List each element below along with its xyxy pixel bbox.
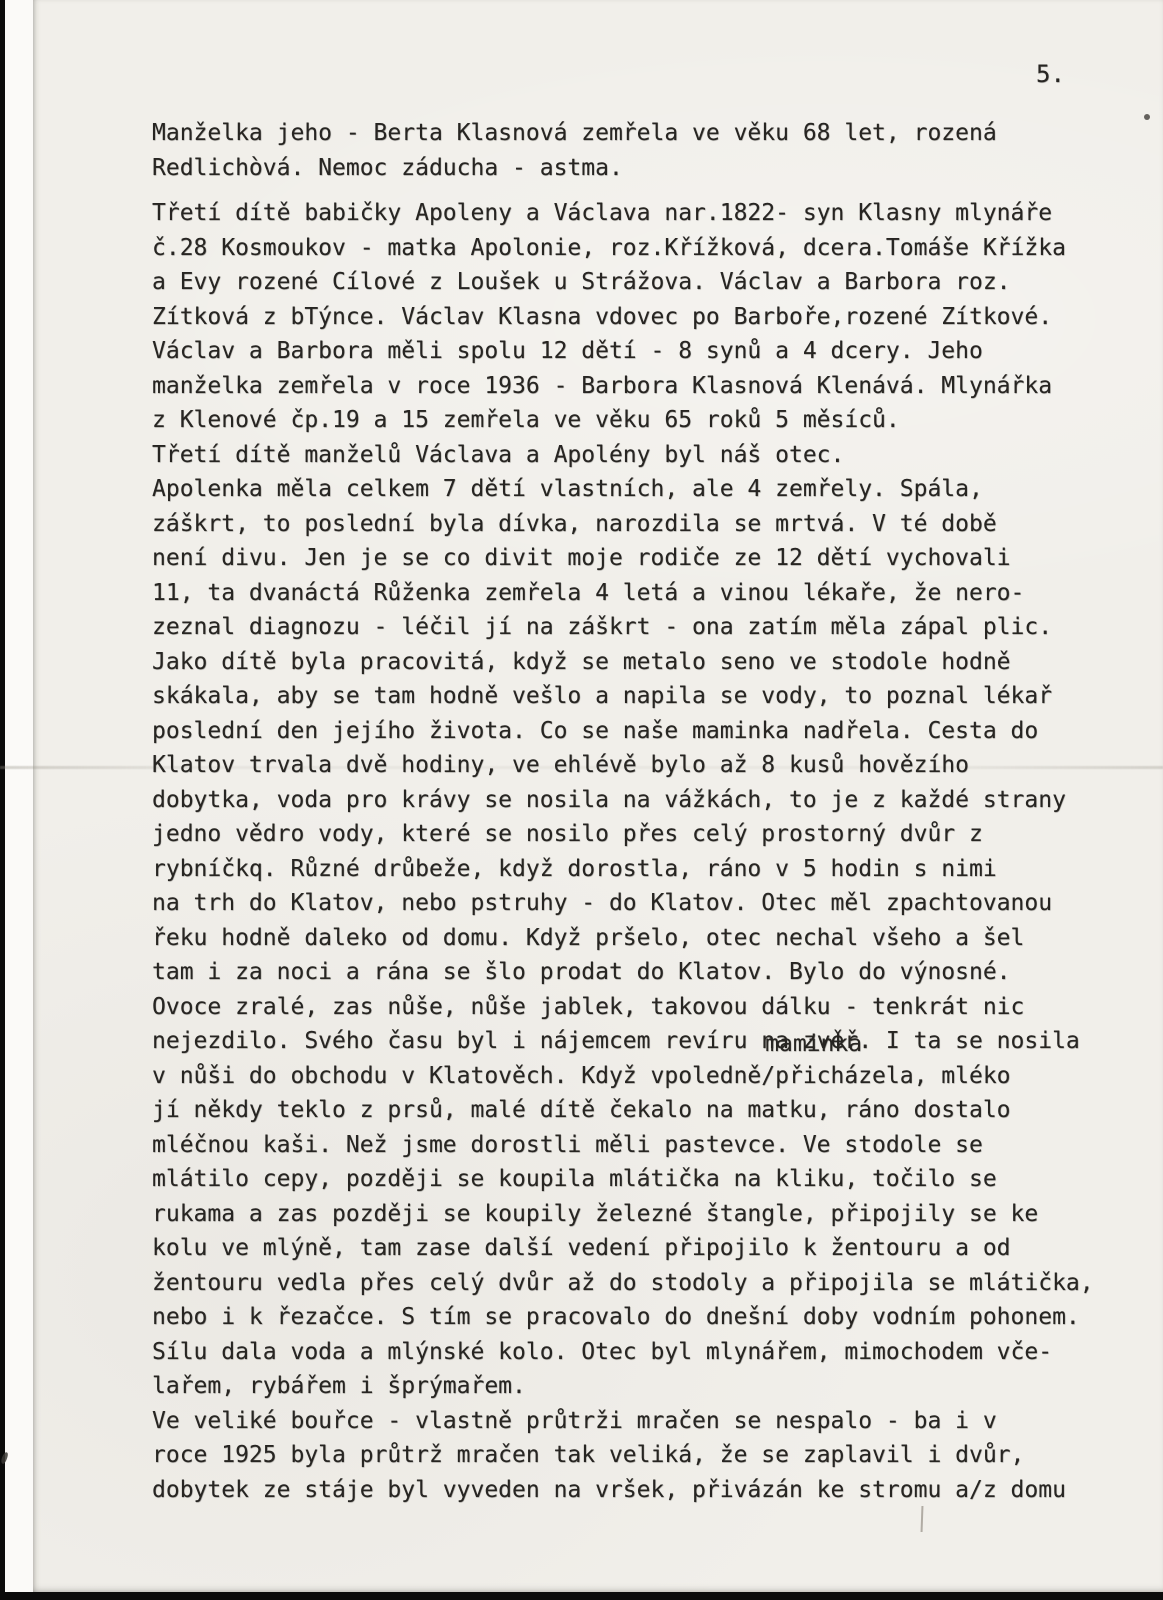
text-line: mléčnou kaši. Než jsme dorostli měli pas… [152,1128,1112,1163]
text-line: dobytka, voda pro krávy se nosila na váž… [152,783,1112,818]
text-line: Zítková z bTýnce. Václav Klasna vdovec p… [152,300,1112,335]
line-text: v nůši do obchodu v Klatověch. Když vpol… [152,1063,775,1089]
text-line: Ovoce zralé, zas nůše, nůše jablek, tako… [152,990,1112,1025]
paragraph: Třetí dítě babičky Apoleny a Václava nar… [152,196,1112,1507]
text-line: Klatov trvala dvě hodiny, ve ehlévě bylo… [152,748,1112,783]
text-line: rukama a zas později se koupily železné … [152,1197,1112,1232]
text-line: není divu. Jen je se co divit moje rodič… [152,541,1112,576]
text-line: mlátilo cepy, později se koupila mlátičk… [152,1162,1112,1197]
text-line: skákala, aby se tam hodně vešlo a napila… [152,679,1112,714]
scan-speck [1144,114,1150,120]
text-line: záškrt, to poslední byla dívka, narozdil… [152,507,1112,542]
text-line: Manželka jeho - Berta Klasnová zemřela v… [152,116,1112,151]
text-line: tam i za noci a rána se šlo prodat do Kl… [152,955,1112,990]
text-line: na trh do Klatov, nebo pstruhy - do Klat… [152,886,1112,921]
text-line: Třetí dítě babičky Apoleny a Václava nar… [152,196,1112,231]
text-line: rybníčkq. Různé drůbeže, když dorostla, … [152,852,1112,887]
text-line: č.28 Kosmoukov - matka Apolonie, roz.Kří… [152,231,1112,266]
text-line: nebo i k řezačce. S tím se pracovalo do … [152,1300,1112,1335]
text-line: Ve veliké bouřce - vlastně průtrži mrače… [152,1404,1112,1439]
scanned-typewritten-page: { "colors":{ "paper":"#f1efea", "ink":"#… [0,0,1163,1600]
text-line: Redlichòvá. Nemoc záducha - astma. [152,151,1112,186]
text-line: z Klenové čp.19 a 15 zemřela ve věku 65 … [152,403,1112,438]
text-line: manželka zemřela v roce 1936 - Barbora K… [152,369,1112,404]
text-line: kolu ve mlýně, tam zase další vedení při… [152,1231,1112,1266]
text-line: žentouru vedla přes celý dvůr až do stod… [152,1266,1112,1301]
scan-edge-bottom [0,1592,1163,1600]
page-number: 5. [1036,60,1065,88]
text-line: řeku hodně daleko od domu. Když pršelo, … [152,921,1112,956]
text-line: roce 1925 byla průtrž mračen tak veliká,… [152,1438,1112,1473]
text-line: jedno vědro vody, které se nosilo přes c… [152,817,1112,852]
text-line: zeznal diagnozu - léčil jí na záškrt - o… [152,610,1112,645]
text-line: dobytek ze stáje byl vyveden na vršek, p… [152,1473,1112,1508]
text-line: v nůši do obchodu v Klatověch. Když vpol… [152,1059,1112,1094]
text-line: Václav a Barbora měli spolu 12 dětí - 8 … [152,334,1112,369]
line-text: přicházela, mléko [775,1063,1010,1089]
text-line: nejezdilo. Svého času byl i nájemcem rev… [152,1024,1112,1059]
text-line: jí někdy teklo z prsů, malé dítě čekalo … [152,1093,1112,1128]
text-line: Jako dítě byla pracovitá, když se metalo… [152,645,1112,680]
typewritten-text: Manželka jeho - Berta Klasnová zemřela v… [152,116,1112,1507]
text-line: lařem, rybářem i šprýmařem. [152,1369,1112,1404]
inserted-word-above-line: maminka [765,1033,862,1056]
text-line: Apolenka měla celkem 7 dětí vlastních, a… [152,472,1112,507]
text-line: poslední den jejího života. Co se naše m… [152,714,1112,749]
text-line: Třetí dítě manželů Václava a Apolény byl… [152,438,1112,473]
text-line: a Evy rozené Cílové z Loušek u Strážova.… [152,265,1112,300]
text-line: 11, ta dvanáctá Růženka zemřela 4 letá a… [152,576,1112,611]
text-line: Sílu dala voda a mlýnské kolo. Otec byl … [152,1335,1112,1370]
scan-edge-left [0,0,5,1600]
paragraph: Manželka jeho - Berta Klasnová zemřela v… [152,116,1112,185]
